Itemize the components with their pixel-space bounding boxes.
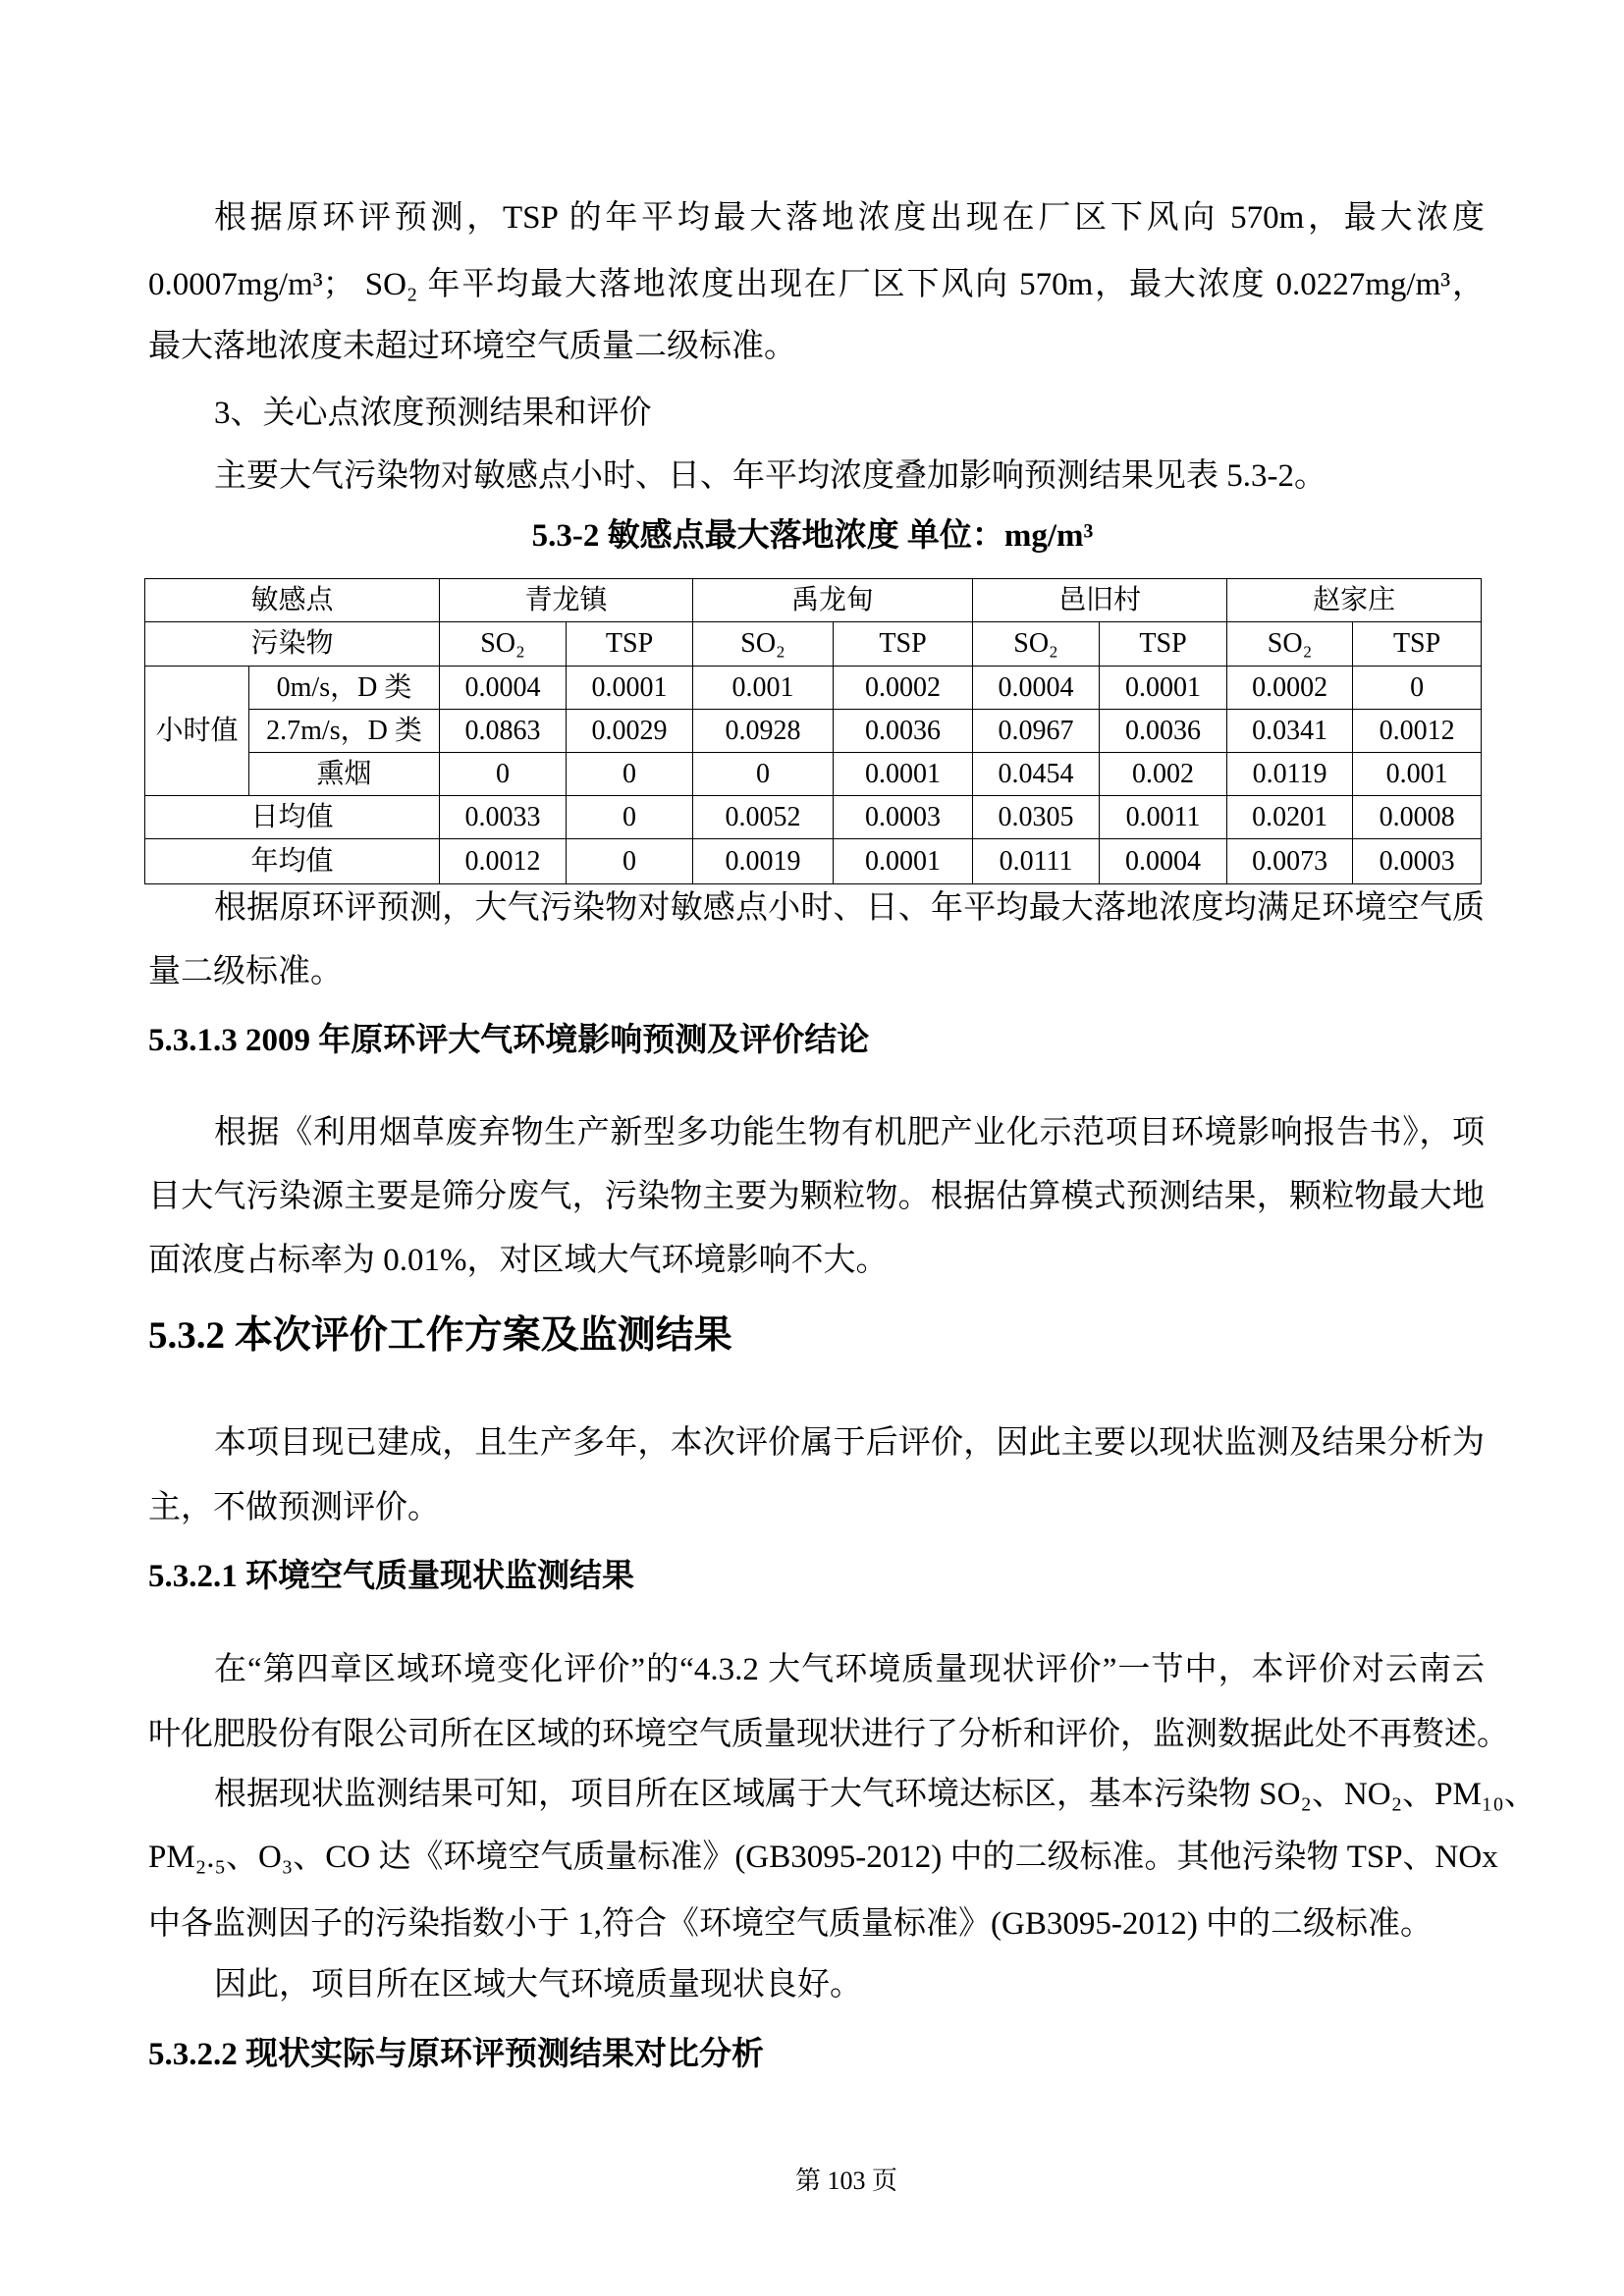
- heading-5-3-2-1: 5.3.2.1 环境空气质量现状监测结果: [148, 1557, 634, 1596]
- header-site: 赵家庄: [1227, 579, 1482, 622]
- table-cell: 0.0033: [440, 796, 567, 839]
- table-cell: 0.0003: [1353, 839, 1482, 884]
- table-cell: 0.0305: [973, 796, 1100, 839]
- sec-5-3-2-1-p1-line-2: 叶化肥股份有限公司所在区域的环境空气质量现状进行了分析和评价，监测数据此处不再赘…: [148, 1715, 1485, 1754]
- table-row: 熏烟 0 0 0 0.0001 0.0454 0.002 0.0119 0.00…: [145, 753, 1482, 796]
- table-cell: 0.0008: [1353, 796, 1482, 839]
- table-row: 2.7m/s，D 类 0.0863 0.0029 0.0928 0.0036 0…: [145, 710, 1482, 753]
- hourly-group-label: 小时值: [145, 667, 249, 796]
- table-cell: 0.0004: [1100, 839, 1227, 884]
- table-header-row-sites: 敏感点 青龙镇 禹龙甸 邑旧村 赵家庄: [145, 579, 1482, 622]
- after-table-line-1: 根据原环评预测，大气污染物对敏感点小时、日、年平均最大落地浓度均满足环境空气质: [214, 888, 1485, 928]
- sec-5-3-2-1-p2-line-2: PM₂.₅、O₃、CO 达《环境空气质量标准》(GB3095-2012) 中的二…: [148, 1838, 1485, 1877]
- table-cell: 0.0454: [973, 753, 1100, 796]
- sec-5-3-2-1-p2-line-1: 根据现状监测结果可知，项目所在区域属于大气环境达标区，基本污染物 SO₂、NO₂…: [214, 1775, 1485, 1814]
- header-pollutant-cell: SO₂: [440, 622, 567, 667]
- row-label: 2.7m/s，D 类: [249, 710, 440, 753]
- table-cell: 0.0863: [440, 710, 567, 753]
- sec-5-3-1-3-line-3: 面浓度占标率为 0.01%，对区域大气环境影响不大。: [148, 1241, 889, 1280]
- table-cell: 0.0004: [973, 667, 1100, 710]
- heading-5-3-2: 5.3.2 本次评价工作方案及监测结果: [148, 1313, 732, 1359]
- header-site: 青龙镇: [440, 579, 693, 622]
- table-cell: 0: [1353, 667, 1482, 710]
- table-cell: 0.0003: [834, 796, 973, 839]
- table-row: 日均值 0.0033 0 0.0052 0.0003 0.0305 0.0011…: [145, 796, 1482, 839]
- header-site: 邑旧村: [973, 579, 1227, 622]
- table-cell: 0.0036: [834, 710, 973, 753]
- sec-5-3-2-1-p2-line-3: 中各监测因子的污染指数小于 1,符合《环境空气质量标准》(GB3095-2012…: [148, 1904, 1433, 1944]
- sec-5-3-2-1-p1-line-1: 在“第四章区域环境变化评价”的“4.3.2 大气环境质量现状评价”一节中，本评价…: [214, 1650, 1485, 1689]
- header-pollutant-cell: TSP: [834, 622, 973, 667]
- heading-5-3-1-3: 5.3.1.3 2009 年原环评大气环境影响预测及评价结论: [148, 1021, 869, 1060]
- table-cell: 0.0029: [567, 710, 693, 753]
- header-site: 禹龙甸: [693, 579, 973, 622]
- table-cell: 0.001: [693, 667, 834, 710]
- table-cell: 0.0004: [440, 667, 567, 710]
- item3-heading: 3、关心点浓度预测结果和评价: [214, 394, 652, 433]
- row-label: 熏烟: [249, 753, 440, 796]
- table-header-row-pollutants: 污染物 SO₂ TSP SO₂ TSP SO₂ TSP SO₂ TSP: [145, 622, 1482, 667]
- table-caption: 5.3-2 敏感点最大落地浓度 单位：mg/m³: [144, 516, 1481, 556]
- header-pollutant-cell: SO₂: [1227, 622, 1353, 667]
- header-pollutant-cell: TSP: [1353, 622, 1482, 667]
- after-table-line-2: 量二级标准。: [148, 952, 343, 991]
- sec-5-3-2-line-2: 主，不做预测评价。: [148, 1488, 440, 1527]
- sec-5-3-1-3-line-2: 目大气污染源主要是筛分废气，污染物主要为颗粒物。根据估算模式预测结果，颗粒物最大…: [148, 1177, 1485, 1216]
- table-row: 小时值 0m/s，D 类 0.0004 0.0001 0.001 0.0002 …: [145, 667, 1482, 710]
- table-cell: 0.0967: [973, 710, 1100, 753]
- header-sensitive-point: 敏感点: [145, 579, 440, 622]
- sensitive-point-concentration-table: 敏感点 青龙镇 禹龙甸 邑旧村 赵家庄 污染物 SO₂ TSP SO₂ TSP …: [144, 578, 1482, 884]
- table-cell: 0.0052: [693, 796, 834, 839]
- table-cell: 0.0001: [834, 839, 973, 884]
- sec-5-3-2-line-1: 本项目现已建成，且生产多年，本次评价属于后评价，因此主要以现状监测及结果分析为: [214, 1423, 1485, 1463]
- table-cell: 0: [567, 839, 693, 884]
- row-label: 0m/s，D 类: [249, 667, 440, 710]
- heading-5-3-2-2: 5.3.2.2 现状实际与原环评预测结果对比分析: [148, 2035, 764, 2074]
- sec-5-3-2-1-p3-line-1: 因此，项目所在区域大气环境质量现状良好。: [214, 1965, 862, 2004]
- table-cell: 0.0012: [440, 839, 567, 884]
- table-row: 年均值 0.0012 0 0.0019 0.0001 0.0111 0.0004…: [145, 839, 1482, 884]
- header-pollutant-cell: SO₂: [693, 622, 834, 667]
- table-cell: 0: [567, 753, 693, 796]
- row-label: 日均值: [145, 796, 440, 839]
- intro-line-2: 0.0007mg/m³； SO₂ 年平均最大落地浓度出现在厂区下风向 570m，…: [148, 265, 1485, 304]
- table-cell: 0.0119: [1227, 753, 1353, 796]
- table-cell: 0.0002: [834, 667, 973, 710]
- table-cell: 0.001: [1353, 753, 1482, 796]
- table-cell: 0.0928: [693, 710, 834, 753]
- document-page: 根据原环评预测，TSP 的年平均最大落地浓度出现在厂区下风向 570m，最大浓度…: [0, 0, 1624, 2296]
- table-cell: 0.0011: [1100, 796, 1227, 839]
- table-cell: 0.0001: [834, 753, 973, 796]
- header-pollutant-cell: SO₂: [973, 622, 1100, 667]
- table-cell: 0.0201: [1227, 796, 1353, 839]
- table-cell: 0: [440, 753, 567, 796]
- sec-5-3-1-3-line-1: 根据《利用烟草废弃物生产新型多功能生物有机肥产业化示范项目环境影响报告书》，项: [214, 1113, 1485, 1152]
- table-cell: 0.0012: [1353, 710, 1482, 753]
- table-cell: 0.0073: [1227, 839, 1353, 884]
- header-pollutant-cell: TSP: [567, 622, 693, 667]
- header-pollutant-cell: TSP: [1100, 622, 1227, 667]
- intro-line-1: 根据原环评预测，TSP 的年平均最大落地浓度出现在厂区下风向 570m，最大浓度: [214, 198, 1485, 238]
- table-cell: 0: [567, 796, 693, 839]
- intro-line-3: 最大落地浓度未超过环境空气质量二级标准。: [148, 327, 796, 366]
- table-cell: 0.0036: [1100, 710, 1227, 753]
- table-cell: 0.0001: [567, 667, 693, 710]
- header-pollutant: 污染物: [145, 622, 440, 667]
- page-number: 第 103 页: [748, 2166, 945, 2196]
- row-label: 年均值: [145, 839, 440, 884]
- table-cell: 0: [693, 753, 834, 796]
- table-cell: 0.002: [1100, 753, 1227, 796]
- table-cell: 0.0019: [693, 839, 834, 884]
- table-cell: 0.0341: [1227, 710, 1353, 753]
- item3-text: 主要大气污染物对敏感点小时、日、年平均浓度叠加影响预测结果见表 5.3-2。: [214, 456, 1326, 496]
- table-cell: 0.0001: [1100, 667, 1227, 710]
- table-cell: 0.0002: [1227, 667, 1353, 710]
- table-cell: 0.0111: [973, 839, 1100, 884]
